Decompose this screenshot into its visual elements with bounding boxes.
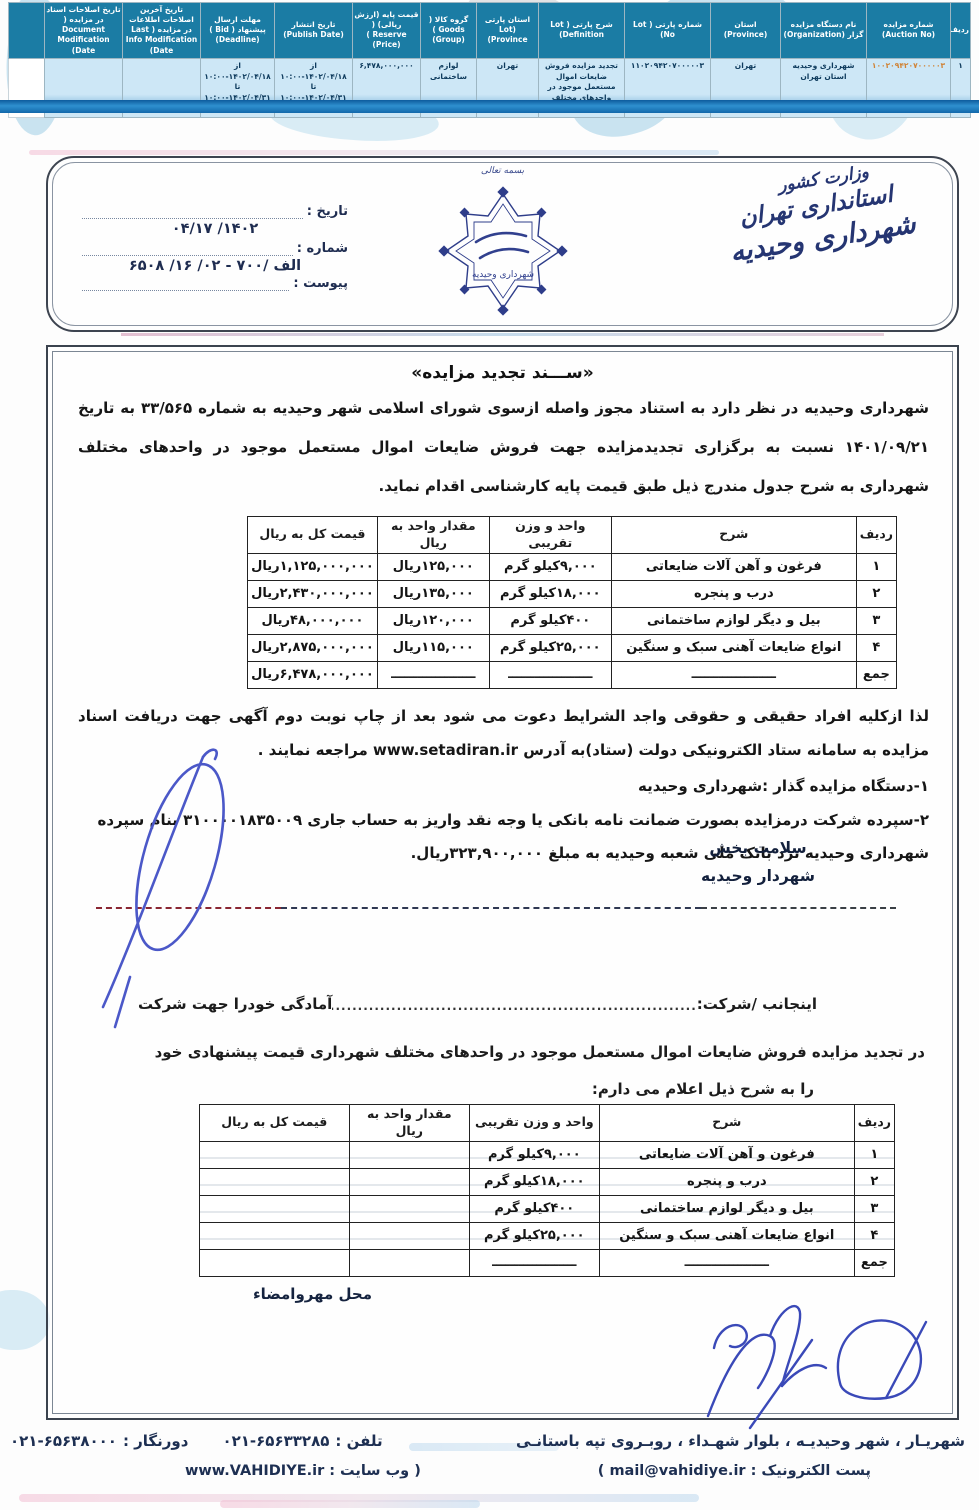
signer-title: شهردار وحیدیه <box>688 863 828 891</box>
fax-label: دورنگار : <box>123 1432 189 1450</box>
municipality-emblem: بسمه تعالی <box>358 164 647 324</box>
letterhead-calligraphy: وزارت کشور استانداری تهران شهرداری وحیدی… <box>636 142 957 347</box>
listing-header-row: ردیف شماره مزایده (Auction No) نام دستگا… <box>9 3 971 59</box>
price-table-header: ردیف شرح واحد و وزن تقریبی مقدار واحد به… <box>248 517 897 554</box>
bid-sum-total-input[interactable] <box>199 1249 349 1276</box>
col-lot-definition: شرح پارتی ( Lot Definition) <box>539 3 625 59</box>
website-url[interactable]: www.VAHIDIYE.ir <box>185 1463 324 1479</box>
col-lot-no: شماره پارتی ( Lot No) <box>625 3 711 59</box>
applicant-fill-line[interactable]: ........................................… <box>332 999 696 1013</box>
col-auction-no: شماره مزایده (Auction No) <box>867 3 951 59</box>
footer-contact: شهریـار ، شهر وحیدیـه ، بلوار شهـداء ، ر… <box>0 1432 979 1479</box>
email-label: پست الکترونیک <box>761 1463 871 1479</box>
date-line <box>82 206 303 219</box>
col-publish-date: تاریخ انتشار (Publish Date) <box>275 3 353 59</box>
emblem-caption: شهرداری وحیدیه <box>471 270 533 280</box>
letterhead-box: وزارت کشور استانداری تهران شهرداری وحیدی… <box>46 156 959 332</box>
t1-h-radif: ردیف <box>856 517 896 554</box>
col-province: استان (Province) <box>711 3 781 59</box>
number-line <box>82 243 293 256</box>
website-label: وب سایت <box>340 1463 409 1479</box>
t1-h-total: قیمت کل به ریال <box>248 517 378 554</box>
col-lot-province: استان پارتی (Lot Province) <box>477 3 539 59</box>
signer-name: سلامت بخش <box>688 835 828 863</box>
table-row: ۳بیل و دیگر لوازم ساختمانی ۴۰۰کیلو گرم <box>199 1195 894 1222</box>
t1-h-weight: واحد و وزن تقریبی <box>489 517 611 554</box>
email-colon: : <box>751 1463 757 1479</box>
applicant-line2: در تجدید مزایده فروش ضایعات اموال مستعمل… <box>103 1043 925 1061</box>
table-row: ۴انواع ضایعات آهنی سبک و سنگین ۲۵,۰۰۰کیل… <box>248 634 897 661</box>
phone-number: ۰۲۱-۶۵۶۳۳۲۸۵ <box>222 1432 329 1450</box>
bid-total-input[interactable] <box>199 1222 349 1249</box>
bid-total-input[interactable] <box>199 1168 349 1195</box>
email-block: ( mail@vahidiye.ir : پست الکترونیک <box>598 1463 871 1479</box>
col-radif: ردیف <box>951 3 971 59</box>
bid-total-input[interactable] <box>199 1195 349 1222</box>
t2-h-weight: واحد و وزن تقریبی <box>469 1105 599 1142</box>
bid-sum-input[interactable] <box>349 1249 469 1276</box>
applicant-line3: را به شرح ذیل اعلام می دارم: <box>592 1080 814 1098</box>
col-extra <box>9 3 45 59</box>
table-row: ۳بیل و دیگر لوازم ساختمانی ۴۰۰کیلو گرم۱۲… <box>248 607 897 634</box>
emblem-star-icon: شهرداری وحیدیه <box>428 176 578 326</box>
col-last-info-mod: تاریخ آخرین اصلاحات اطلاعات در مزایده ( … <box>123 3 201 59</box>
fax-number: ۰۲۱-۶۵۶۳۸۰۰۰ <box>10 1432 117 1450</box>
col-organization: نام دستگاه مزایده گزار (Organization) <box>781 3 867 59</box>
website-colon: : <box>329 1463 335 1479</box>
t1-h-desc: شرح <box>611 517 856 554</box>
bid-total-input[interactable] <box>199 1141 349 1168</box>
col-bid-deadline: مهلت ارسال پیشنهاد ( Bid ) (Deadline) <box>201 3 275 59</box>
fax-block: دورنگار : ۰۲۱-۶۵۶۳۸۰۰۰ <box>10 1432 188 1450</box>
price-table: ردیف شرح واحد و وزن تقریبی مقدار واحد به… <box>247 516 897 689</box>
table-row: ۲درب و پنجره ۱۸,۰۰۰کیلو گرم <box>199 1168 894 1195</box>
table-row: ۱فرغون و آهن آلات ضایعاتی ۹,۰۰۰کیلو گرم <box>199 1141 894 1168</box>
email-paren: ( <box>598 1463 605 1479</box>
scan-streak <box>29 150 719 155</box>
t2-h-desc: شرح <box>599 1105 854 1142</box>
table-row: ۱فرغون و آهن آلات ضایعاتی ۹,۰۰۰کیلو گرم۱… <box>248 553 897 580</box>
setadiran-link[interactable]: www.setadiran.ir <box>373 741 518 759</box>
bid-unit-input[interactable] <box>349 1222 469 1249</box>
table-row: ۴انواع ضایعات آهنی سبک و سنگین ۲۵,۰۰۰کیل… <box>199 1222 894 1249</box>
date-value: ۱۴۰۲/ ۰۴/۱۷ <box>82 221 348 237</box>
scan-streak <box>220 1500 480 1508</box>
bismillah-text: بسمه تعالی <box>358 166 647 176</box>
col-doc-mod: تاریخ اصلاحات اسناد در مزایده ( Document… <box>45 3 123 59</box>
bid-unit-input[interactable] <box>349 1141 469 1168</box>
bid-table-header: ردیف شرح واحد و وزن تقریبی مقدار واحد به… <box>199 1105 894 1142</box>
bid-unit-input[interactable] <box>349 1195 469 1222</box>
number-label: شماره : <box>297 241 348 256</box>
phone-block: تلفن : ۰۲۱-۶۵۶۳۳۲۸۵ <box>222 1432 382 1450</box>
letterhead-meta: تاریخ : ۱۴۰۲/ ۰۴/۱۷ شماره : الف /۷۰۰ - ۰… <box>58 164 358 324</box>
table-row: ۲درب و پنجره ۱۸,۰۰۰کیلو گرم۱۳۵,۰۰۰ریال۲,… <box>248 580 897 607</box>
seal-signature-label: محل مهروامضاء <box>253 1285 372 1303</box>
watermark-blob <box>0 1290 50 1350</box>
address-line: شهریـار ، شهر وحیدیـه ، بلوار شهـداء ، ر… <box>516 1432 965 1450</box>
document-title: «ســـند تجدید مزایده» <box>48 363 957 383</box>
t2-h-radif: ردیف <box>854 1105 894 1142</box>
table-total-row: جمع ـــــــــــــــــــ ــــــــــــــــ… <box>199 1249 894 1276</box>
date-label: تاریخ : <box>307 204 348 219</box>
bottom-signature <box>690 1288 940 1433</box>
website-paren: ) <box>414 1463 421 1479</box>
mayor-signature <box>55 745 315 1030</box>
email-address[interactable]: mail@vahidiye.ir <box>609 1463 745 1479</box>
t1-h-unit: مقدار واحد به ریال <box>377 517 489 554</box>
number-value: الف /۷۰۰ - ۰۲/ ۱۶/ ۶۵۰۸ <box>82 258 348 274</box>
listing-footer-band <box>0 100 979 113</box>
attachment-label: پیوست : <box>293 276 348 291</box>
table-total-row: جمع ـــــــــــــــــــ ــــــــــــــــ… <box>248 661 897 688</box>
t2-h-unit: مقدار واحد به ریال <box>349 1105 469 1142</box>
col-goods-group: گروه کالا ( Goods ) (Group) <box>421 3 477 59</box>
phone-label: تلفن : <box>335 1432 382 1450</box>
applicant-label: اینجانب /شرکت: <box>697 995 817 1013</box>
bid-unit-input[interactable] <box>349 1168 469 1195</box>
t2-h-total: قیمت کل به ریال <box>199 1105 349 1142</box>
signer-block: سلامت بخش شهردار وحیدیه <box>688 835 828 891</box>
attachment-line <box>82 278 289 291</box>
intro-paragraph: شهرداری وحیدیه در نظر دارد به استناد مجو… <box>78 389 929 506</box>
website-block: www.VAHIDIYE.ir : وب سایت ) <box>185 1463 421 1479</box>
bid-table: ردیف شرح واحد و وزن تقریبی مقدار واحد به… <box>199 1104 895 1277</box>
col-reserve-price: قیمت پایه (ارزش ریالی) ( Reserve ) (Pric… <box>353 3 421 59</box>
